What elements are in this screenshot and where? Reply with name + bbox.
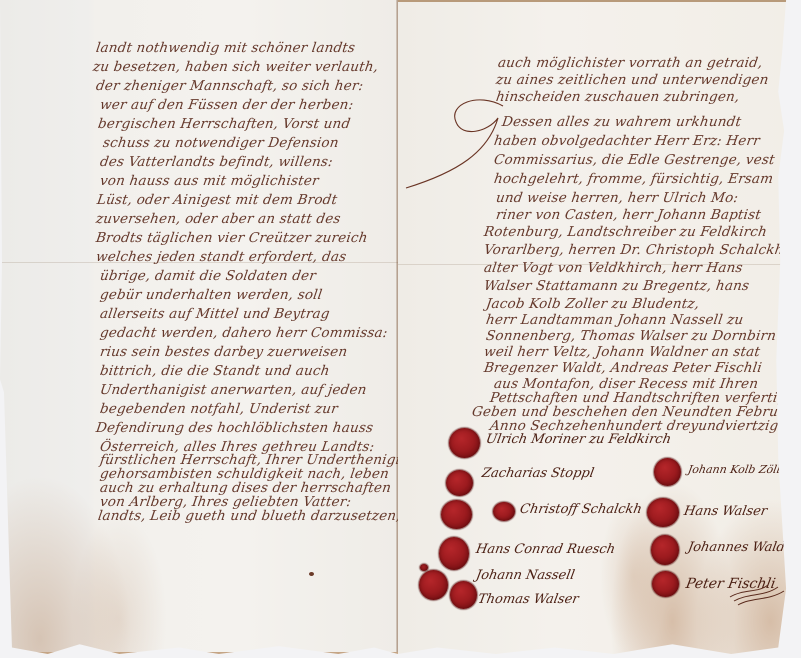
text-line: und weise herren, herr Ulrich Mo: <box>495 190 739 206</box>
text-line: zu aines zeitlichen und unterwendigen <box>495 72 770 88</box>
text-line: gebür underhalten werden, soll <box>99 287 323 303</box>
text-line: Dessen alles zu wahrem urkhundt <box>501 114 742 130</box>
text-line: gedacht werden, dahero herr Commissa: <box>99 325 389 341</box>
text-line: Walser Stattamann zu Bregentz, hans <box>483 278 750 294</box>
signature-paraph <box>728 567 788 607</box>
text-line: landts, Leib gueth und blueth darzusetze… <box>97 508 398 524</box>
signature: Johann Nassell <box>475 568 576 583</box>
text-line: bergischen Herrschaften, Vorst und <box>97 116 352 132</box>
wax-seal <box>439 537 469 570</box>
text-line: Commissarius, die Edle Gestrenge, vest <box>493 152 776 168</box>
text-line: zuversehen, oder aber an statt des <box>95 211 342 227</box>
text-line: zu besetzen, haben sich weiter verlauth, <box>92 59 379 75</box>
signature: Hans Conrad Ruesch <box>475 542 617 557</box>
text-line: bittrich, die die Standt und auch <box>99 363 331 379</box>
signature: Ulrich Moriner zu Feldkirch <box>485 432 673 447</box>
text-line: Brodts täglichen vier Creützer zureich <box>95 230 369 246</box>
text-line: welches jeden standt erfordert, das <box>95 249 348 265</box>
text-line: herr Landtamman Johann Nassell zu <box>485 312 745 328</box>
text-line: rius sein bestes darbey zuerweisen <box>99 344 349 360</box>
wax-seal <box>654 458 681 486</box>
text-line: landt nothwendig mit schöner landts <box>95 40 356 56</box>
text-line: Sonnenberg, Thomas Walser zu Dornbirn <box>485 328 777 344</box>
left-page: landt nothwendig mit schöner landts zu b… <box>0 0 398 654</box>
wax-seal <box>419 570 448 600</box>
text-line: auch möglichister vorrath an getraid, <box>497 55 764 71</box>
wax-seal <box>652 571 679 597</box>
wax-seal <box>493 502 515 521</box>
text-line: hochgelehrt, fromme, fürsichtig, Ersam <box>493 171 774 187</box>
wax-seal <box>450 581 477 609</box>
text-line: schuss zu notwendiger Defension <box>102 135 340 151</box>
right-page: auch möglichister vorrath an getraid, zu… <box>398 0 790 654</box>
initial-flourish <box>398 92 508 192</box>
text-line: hinscheiden zuschauen zubringen, <box>495 89 741 105</box>
text-line: Lüst, oder Ainigest mit dem Brodt <box>96 192 338 208</box>
text-line: von hauss aus mit möglichister <box>99 173 320 189</box>
wax-seal <box>420 564 428 571</box>
signature: Johann Kolb Zöllner <box>687 463 790 476</box>
text-line: wer auf den Füssen der der herben: <box>99 97 355 113</box>
text-line: haben obvolgedachter Herr Erz: Herr <box>493 133 761 149</box>
text-line: begebenden notfahl, Underist zur <box>99 401 339 417</box>
text-line: Vorarlberg, herren Dr. Christoph Schalck… <box>483 242 785 258</box>
text-line: weil herr Veltz, Johann Waldner an stat <box>483 344 761 360</box>
text-line: allerseits auf Mittel und Beytrag <box>99 306 331 322</box>
text-line: alter Vogt von Veldkhirch, herr Hans <box>483 260 744 276</box>
wax-seal <box>449 428 480 458</box>
signature: Zacharias Stoppl <box>481 466 596 481</box>
signature: Thomas Walser <box>477 592 580 607</box>
wax-seal <box>446 470 473 496</box>
wax-seal <box>651 535 679 565</box>
text-line: Bregenzer Waldt, Andreas Peter Fischli <box>483 360 763 376</box>
signature: Hans Walser <box>683 504 769 519</box>
text-line: übrige, damit die Soldaten der <box>99 268 317 284</box>
text-line: des Vatterlandts befindt, willens: <box>99 154 334 170</box>
text-line: riner von Casten, herr Johann Baptist <box>495 207 762 223</box>
text-line: Jacob Kolb Zoller zu Bludentz, <box>485 296 700 312</box>
signature: Christoff Schalckh <box>519 502 643 517</box>
text-line: Defendirung des hochlöblichsten hauss <box>95 420 374 436</box>
wax-seal <box>647 498 679 527</box>
text-line: Underthanigist anerwarten, auf jeden <box>99 382 368 398</box>
wax-seal <box>441 500 472 529</box>
text-line: Rotenburg, Landtschreiber zu Feldkirch <box>483 224 768 240</box>
text-line: der zheniger Mannschaft, so sich her: <box>95 78 365 94</box>
signature: Johannes Waldner <box>687 540 790 555</box>
ink-speck <box>309 572 314 576</box>
